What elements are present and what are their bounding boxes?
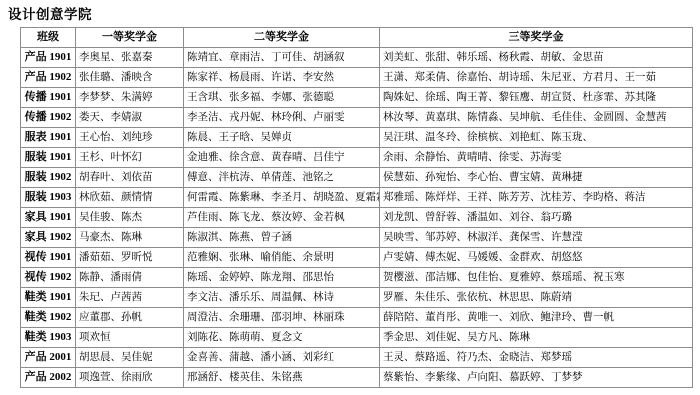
class-cell: 鞋类 1901: [21, 288, 76, 308]
third-prize-cell: 蔡紫怡、李紫缘、卢向阳、慕跃婷、丁梦梦: [380, 368, 693, 388]
table-row: 产品 1901 李奥星、张嘉秦 陈靖宜、章雨洁、丁可佳、胡涵叙 刘美虹、张甜、韩…: [21, 48, 693, 68]
header-row: 班级 一等奖学金 二等奖学金 三等奖学金: [21, 28, 693, 48]
first-prize-cell: 马豪杰、陈琳: [76, 228, 184, 248]
page-title: 设计创意学院: [8, 3, 700, 23]
table-row: 视传 1902 陈静、潘雨倩 陈瑶、金婷婷、陈龙翔、邵思怡 贺樱滋、邵洁娜、包佳…: [21, 268, 693, 288]
second-prize-cell: 金迪雅、徐含意、黄春晴、吕佳宁: [184, 148, 380, 168]
second-prize-cell: 何雷霞、陈紫琳、李圣月、胡晓盈、夏霜霜: [184, 188, 380, 208]
class-cell: 服装 1902: [21, 168, 76, 188]
first-prize-cell: 朱玘、卢茜茜: [76, 288, 184, 308]
first-prize-cell: 应董郡、孙帆: [76, 308, 184, 328]
table-row: 家具 1902 马豪杰、陈琳 陈淑淇、陈燕、曾子涵 吴映雪、邹苏婷、林淑洋、龚保…: [21, 228, 693, 248]
third-prize-cell: 王潇、郑柔倩、徐嘉怡、胡诗瑶、朱尼亚、方君月、王一茹: [380, 68, 693, 88]
class-cell: 产品 1901: [21, 48, 76, 68]
third-prize-cell: 林汝琴、黄嘉琪、陈情淼、吴坤航、毛佳佳、金圆圆、金慧茜: [380, 108, 693, 128]
table-row: 服表 1901 王心怡、刘纯珍 陈晨、王子晗、吴婵贞 吴汪琪、温冬玲、徐槟槟、刘…: [21, 128, 693, 148]
second-prize-cell: 李文洁、潘乐乐、周温佩、林诗: [184, 288, 380, 308]
third-prize-cell: 薛陪陪、董肖彤、黄唯一、刘欣、鲍津玲、曹一帆: [380, 308, 693, 328]
third-prize-cell: 刘龙凯、曾舒蓉、潘温如、刘谷、翁巧璐: [380, 208, 693, 228]
second-prize-cell: 周澄洁、余珊珊、邵羽坤、林丽珠: [184, 308, 380, 328]
first-prize-cell: 胡春叶、刘依苗: [76, 168, 184, 188]
third-prize-cell: 刘美虹、张甜、韩乐瑶、杨秋霞、胡敏、金思苗: [380, 48, 693, 68]
second-prize-cell: 傅意、泮杭涛、单倩莲、池铭之: [184, 168, 380, 188]
first-prize-cell: 张佳璐、潘映含: [76, 68, 184, 88]
third-prize-cell: 余雨、余静怡、黄晴晴、徐雯、苏海雯: [380, 148, 693, 168]
table-row: 产品 2001 胡思晨、吴佳妮 金喜善、蒲越、潘小涵、刘彩红 王灵、蔡路遥、符乃…: [21, 348, 693, 368]
class-cell: 服表 1901: [21, 128, 76, 148]
class-cell: 视传 1902: [21, 268, 76, 288]
second-prize-cell: 陈淑淇、陈燕、曾子涵: [184, 228, 380, 248]
table-body: 产品 1901 李奥星、张嘉秦 陈靖宜、章雨洁、丁可佳、胡涵叙 刘美虹、张甜、韩…: [21, 48, 693, 388]
first-prize-cell: 李奥星、张嘉秦: [76, 48, 184, 68]
scholarship-table: 班级 一等奖学金 二等奖学金 三等奖学金 产品 1901 李奥星、张嘉秦 陈靖宜…: [20, 27, 693, 388]
second-prize-cell: 王含琪、张多福、李娜、张德聪: [184, 88, 380, 108]
class-cell: 鞋类 1903: [21, 328, 76, 348]
table-row: 产品 1902 张佳璐、潘映含 陈家祥、杨晨雨、许诺、李安然 王潇、郑柔倩、徐嘉…: [21, 68, 693, 88]
table-row: 服装 1901 王杉、叶怀幻 金迪雅、徐含意、黄春晴、吕佳宁 余雨、余静怡、黄晴…: [21, 148, 693, 168]
class-cell: 传播 1901: [21, 88, 76, 108]
first-prize-cell: 王心怡、刘纯珍: [76, 128, 184, 148]
first-prize-cell: 林欣茹、颜情情: [76, 188, 184, 208]
first-prize-cell: 胡思晨、吴佳妮: [76, 348, 184, 368]
table-row: 传播 1902 娄天、李婧淑 李圣洁、戎丹妮、林玲俐、卢丽雯 林汝琴、黄嘉琪、陈…: [21, 108, 693, 128]
table-row: 家具 1901 吴佳骏、陈杰 芦佳雨、陈飞龙、蔡汝婷、金若枫 刘龙凯、曾舒蓉、潘…: [21, 208, 693, 228]
third-prize-cell: 王灵、蔡路遥、符乃杰、金晓洁、郑梦瑶: [380, 348, 693, 368]
first-prize-cell: 项欢恒: [76, 328, 184, 348]
third-prize-cell: 卢雯婧、傅杰妮、马媛媛、金群欢、胡悠悠: [380, 248, 693, 268]
class-cell: 服装 1901: [21, 148, 76, 168]
table-row: 服装 1903 林欣茹、颜情情 何雷霞、陈紫琳、李圣月、胡晓盈、夏霜霜 郑雅瑶、…: [21, 188, 693, 208]
table-header: 班级 一等奖学金 二等奖学金 三等奖学金: [21, 28, 693, 48]
class-cell: 视传 1901: [21, 248, 76, 268]
second-prize-cell: 李圣洁、戎丹妮、林玲俐、卢丽雯: [184, 108, 380, 128]
table-row: 传播 1901 李梦梦、朱满婷 王含琪、张多福、李娜、张德聪 陶姝妃、徐瑶、陶王…: [21, 88, 693, 108]
second-prize-cell: 陈靖宜、章雨洁、丁可佳、胡涵叙: [184, 48, 380, 68]
second-prize-cell: 范雅娴、张琳、喻俏能、余景明: [184, 248, 380, 268]
second-prize-cell: 陈瑶、金婷婷、陈龙翔、邵思怡: [184, 268, 380, 288]
class-cell: 产品 2002: [21, 368, 76, 388]
first-prize-cell: 项逸萱、徐雨欣: [76, 368, 184, 388]
class-cell: 家具 1902: [21, 228, 76, 248]
second-prize-cell: 陈晨、王子晗、吴婵贞: [184, 128, 380, 148]
first-prize-cell: 王杉、叶怀幻: [76, 148, 184, 168]
class-cell: 传播 1902: [21, 108, 76, 128]
class-cell: 服装 1903: [21, 188, 76, 208]
table-row: 视传 1901 潘茹茹、罗昕悦 范雅娴、张琳、喻俏能、余景明 卢雯婧、傅杰妮、马…: [21, 248, 693, 268]
third-prize-cell: 郑雅瑶、陈烊烊、王祥、陈芳芳、沈桂芳、李昀格、蒋洁: [380, 188, 693, 208]
second-prize-cell: 芦佳雨、陈飞龙、蔡汝婷、金若枫: [184, 208, 380, 228]
header-second-prize: 二等奖学金: [184, 28, 380, 48]
third-prize-cell: 季金思、刘佳妮、吴方凡、陈琳: [380, 328, 693, 348]
third-prize-cell: 吴汪琪、温冬玲、徐槟槟、刘艳虹、陈玉珑、: [380, 128, 693, 148]
first-prize-cell: 陈静、潘雨倩: [76, 268, 184, 288]
table-row: 鞋类 1901 朱玘、卢茜茜 李文洁、潘乐乐、周温佩、林诗 罗雁、朱佳乐、张依杭…: [21, 288, 693, 308]
first-prize-cell: 吴佳骏、陈杰: [76, 208, 184, 228]
header-third-prize: 三等奖学金: [380, 28, 693, 48]
third-prize-cell: 贺樱滋、邵洁娜、包佳怡、夏雅婷、蔡瑶瑶、祝玉寒: [380, 268, 693, 288]
third-prize-cell: 侯慧茹、孙宛怡、李心怡、曹宝婧、黄琳捷: [380, 168, 693, 188]
second-prize-cell: 刘陈花、陈萌萌、夏念文: [184, 328, 380, 348]
first-prize-cell: 李梦梦、朱满婷: [76, 88, 184, 108]
second-prize-cell: 陈家祥、杨晨雨、许诺、李安然: [184, 68, 380, 88]
third-prize-cell: 陶姝妃、徐瑶、陶王菁、黎钰鹰、胡宣贤、杜彦霏、苏其隆: [380, 88, 693, 108]
class-cell: 产品 1902: [21, 68, 76, 88]
third-prize-cell: 罗雁、朱佳乐、张依杭、林思思、陈蔚靖: [380, 288, 693, 308]
first-prize-cell: 娄天、李婧淑: [76, 108, 184, 128]
table-row: 服装 1902 胡春叶、刘依苗 傅意、泮杭涛、单倩莲、池铭之 侯慧茹、孙宛怡、李…: [21, 168, 693, 188]
second-prize-cell: 金喜善、蒲越、潘小涵、刘彩红: [184, 348, 380, 368]
second-prize-cell: 邢涵舒、楼英佳、朱铭燕: [184, 368, 380, 388]
third-prize-cell: 吴映雪、邹苏婷、林淑洋、龚保雪、许慧滢: [380, 228, 693, 248]
table-row: 鞋类 1903 项欢恒 刘陈花、陈萌萌、夏念文 季金思、刘佳妮、吴方凡、陈琳: [21, 328, 693, 348]
header-first-prize: 一等奖学金: [76, 28, 184, 48]
class-cell: 产品 2001: [21, 348, 76, 368]
table-row: 鞋类 1902 应董郡、孙帆 周澄洁、余珊珊、邵羽坤、林丽珠 薛陪陪、董肖彤、黄…: [21, 308, 693, 328]
first-prize-cell: 潘茹茹、罗昕悦: [76, 248, 184, 268]
class-cell: 鞋类 1902: [21, 308, 76, 328]
header-class: 班级: [21, 28, 76, 48]
class-cell: 家具 1901: [21, 208, 76, 228]
table-row: 产品 2002 项逸萱、徐雨欣 邢涵舒、楼英佳、朱铭燕 蔡紫怡、李紫缘、卢向阳、…: [21, 368, 693, 388]
